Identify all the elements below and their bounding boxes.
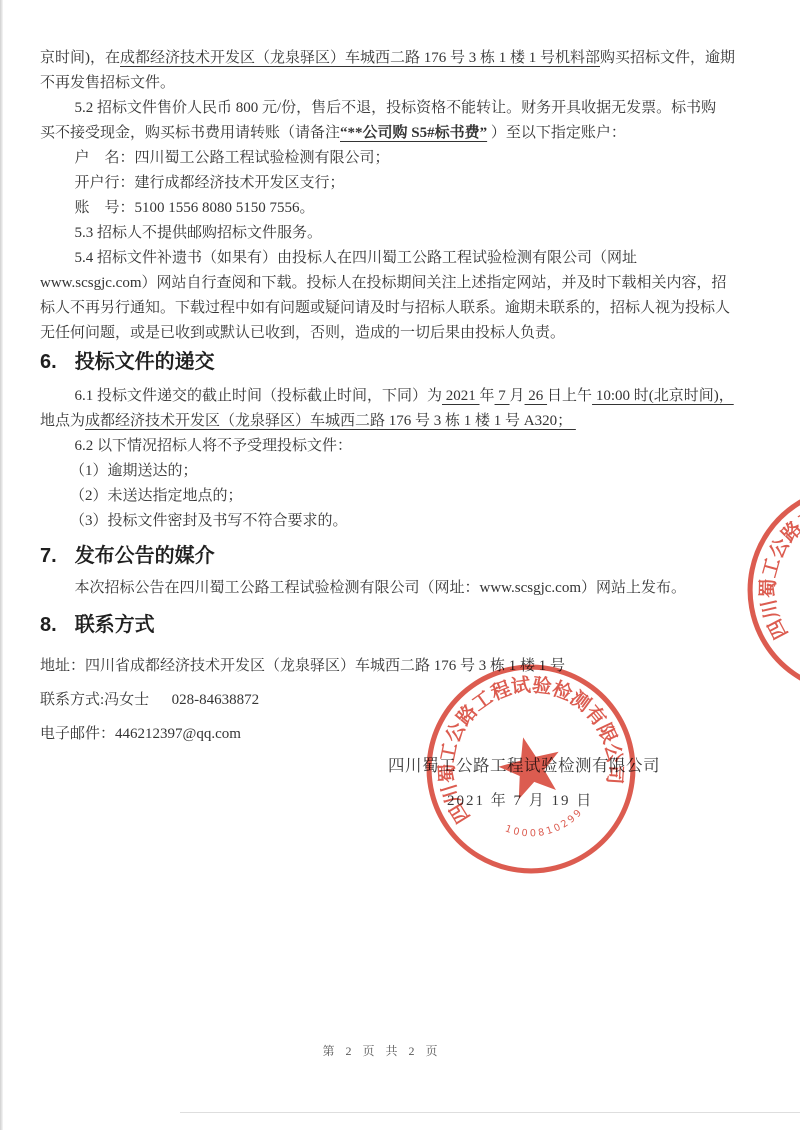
deadline-day: 26 <box>525 388 548 404</box>
document-page: 京时间)，在成都经济技术开发区（龙泉驿区）车城西二路 176 号 3 栋 1 楼… <box>0 0 800 1130</box>
scan-bottom-edge <box>180 1112 800 1113</box>
section-title: 投标文件的递交 <box>75 351 215 373</box>
document-body: 京时间)，在成都经济技术开发区（龙泉驿区）车城西二路 176 号 3 栋 1 楼… <box>40 46 772 751</box>
section-number: 6. <box>40 351 57 373</box>
svg-text:四川蜀工公路工程试验检测有限公司: 四川蜀工公路工程试验检测有限公司 <box>741 479 800 644</box>
text-run: ）至以下指定账户： <box>487 125 626 141</box>
text-run: 月 <box>510 388 525 404</box>
clause-5-4-line3: 标人不再另行通知。下载过程中如有问题或疑问请及时与招标人联系。逾期未联系的，招标… <box>40 296 772 321</box>
section-title: 联系方式 <box>75 614 155 636</box>
account-number-line: 账 号：5100 1556 8080 5150 7556。 <box>40 196 772 221</box>
text-run: 地点为 <box>40 413 85 429</box>
paragraph-line: 不再发售招标文件。 <box>40 71 772 96</box>
section-heading-6: 6.投标文件的递交 <box>40 348 772 376</box>
scan-left-edge <box>0 0 3 1130</box>
section-heading-8: 8.联系方式 <box>40 611 772 639</box>
text-run: 购买招标文件，逾期 <box>600 50 735 66</box>
text-run: 京时间)，在 <box>40 50 120 66</box>
seal-star-icon <box>493 730 567 802</box>
deadline-year: 2021 <box>442 388 480 404</box>
contact-email-line: 电子邮件：446212397@qq.com <box>40 717 772 751</box>
clause-5-2-line2: 买不接受现金，购买标书费用请转账（请备注“**公司购 S5#标书费” ）至以下指… <box>40 121 772 146</box>
clause-6-1-line2: 地点为成都经济技术开发区（龙泉驿区）车城西二路 176 号 3 栋 1 楼 1 … <box>40 409 772 434</box>
text-run: 年 <box>480 388 495 404</box>
section-heading-7: 7.发布公告的媒介 <box>40 542 772 570</box>
account-bank-line: 开户行：建行成都经济技术开发区支行； <box>40 171 772 196</box>
remark-note-bold-underline: “**公司购 S5#标书费” <box>340 125 487 141</box>
clause-6-2-head: 6.2 以下情况招标人将不予受理投标文件： <box>40 434 772 459</box>
clause-6-2-item1: （1）逾期送达的； <box>40 459 772 484</box>
clause-6-1-line1: 6.1 投标文件递交的截止时间（投标截止时间，下同）为 2021 年 7 月 2… <box>40 384 772 409</box>
clause-5-2-line1: 5.2 招标文件售价人民币 800 元/份，售后不退，投标资格不能转让。财务开具… <box>40 96 772 121</box>
clause-5-4-line4: 无任何问题，或是已收到或默认已收到，否则，造成的一切后果由投标人负责。 <box>40 321 772 346</box>
section-number: 8. <box>40 614 57 636</box>
clause-6-2-item2: （2）未送达指定地点的； <box>40 484 772 509</box>
deadline-month: 7 <box>495 388 510 404</box>
text-run: 6.1 投标文件递交的截止时间（投标截止时间，下同）为 <box>75 388 443 404</box>
clause-5-3-line: 5.3 招标人不提供邮购招标文件服务。 <box>40 221 772 246</box>
paragraph-line: 京时间)，在成都经济技术开发区（龙泉驿区）车城西二路 176 号 3 栋 1 楼… <box>40 46 772 71</box>
contact-address-line: 地址：四川省成都经济技术开发区（龙泉驿区）车城西二路 176 号 3 栋 1 楼… <box>40 649 772 683</box>
section-title: 发布公告的媒介 <box>75 545 215 567</box>
underlined-address: 成都经济技术开发区（龙泉驿区）车城西二路 176 号 3 栋 1 楼 1 号机料… <box>120 50 600 66</box>
submission-address-underline: 成都经济技术开发区（龙泉驿区）车城西二路 176 号 3 栋 1 楼 1 号 A… <box>85 413 576 429</box>
account-name-line: 户 名：四川蜀工公路工程试验检测有限公司； <box>40 146 772 171</box>
section-number: 7. <box>40 545 57 567</box>
page-number-footer: 第 2 页 共 2 页 <box>0 1042 782 1059</box>
deadline-time: 10:00 时(北京时间)， <box>592 388 734 404</box>
text-run: 日上午 <box>547 388 592 404</box>
seal-ring-text: 四川蜀工公路工程试验检测有限公司 <box>741 479 800 644</box>
clause-5-4-line2: www.scsgjc.com）网站自行查阅和下载。投标人在投标期间关注上述指定网… <box>40 271 772 296</box>
announcement-media-line: 本次招标公告在四川蜀工公路工程试验检测有限公司（网址：www.scsgjc.co… <box>40 576 772 601</box>
clause-6-2-item3: （3）投标文件密封及书写不符合要求的。 <box>40 509 772 534</box>
clause-5-4-line1: 5.4 招标文件补遗书（如果有）由投标人在四川蜀工公路工程试验检测有限公司（网址 <box>40 246 772 271</box>
text-run: 买不接受现金，购买标书费用请转账（请备注 <box>40 125 340 141</box>
